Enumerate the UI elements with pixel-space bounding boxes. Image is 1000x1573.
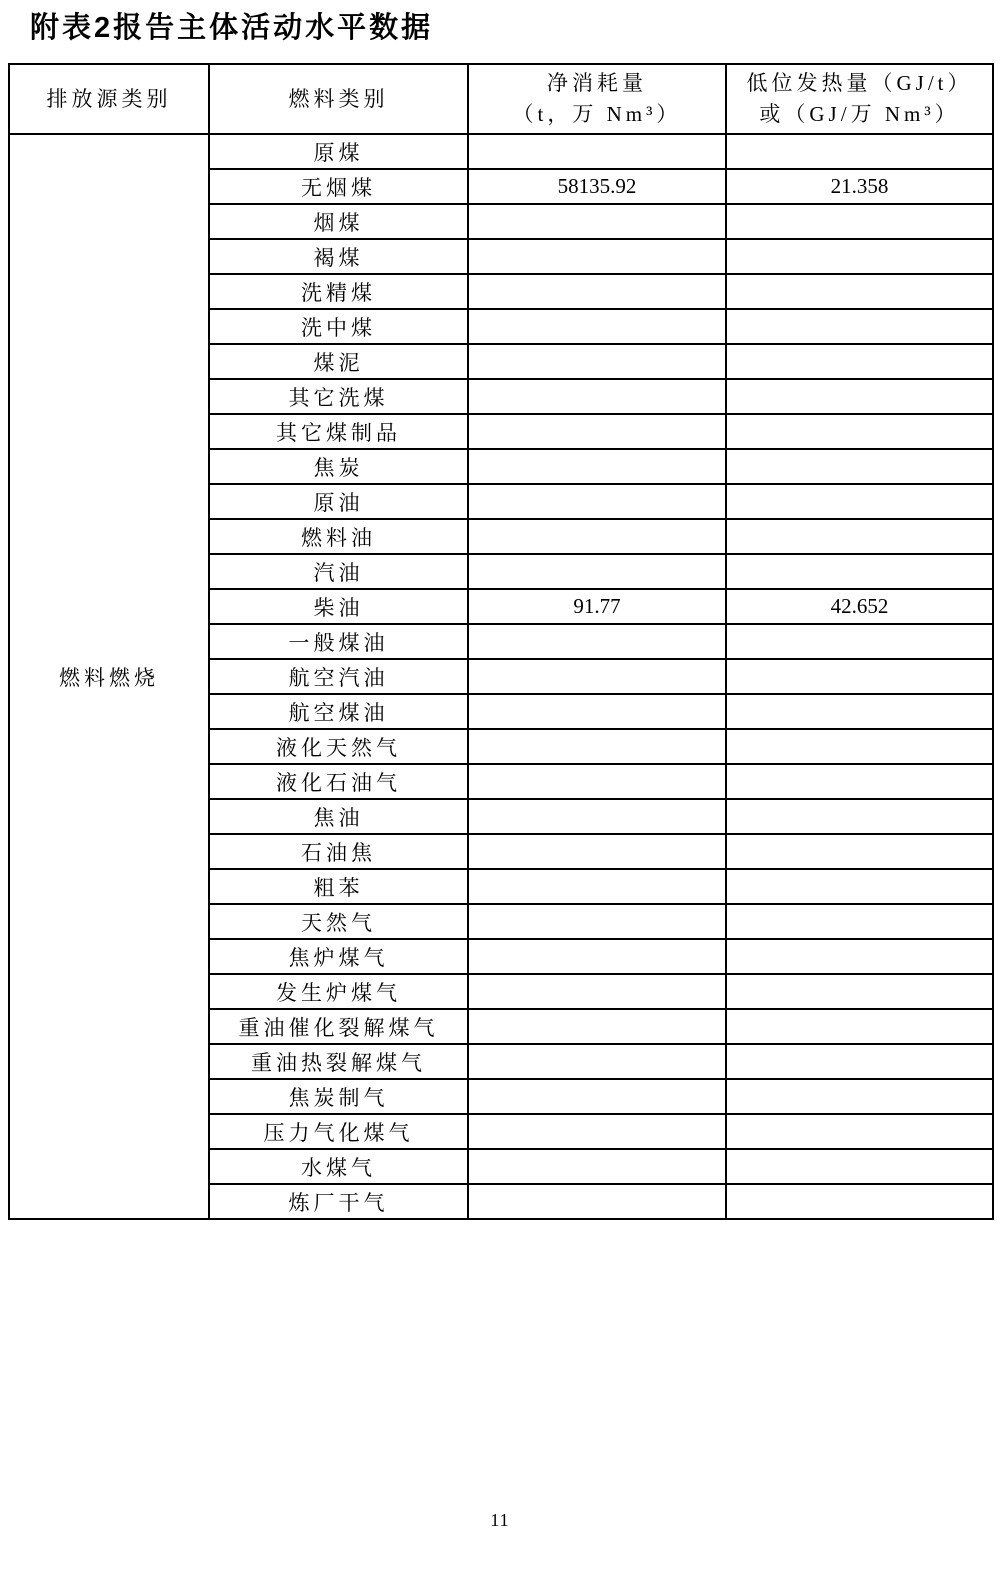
consumption-value-cell xyxy=(468,834,726,869)
heating-value-cell xyxy=(726,1184,993,1219)
table-row: 燃料燃烧原煤 xyxy=(9,134,993,169)
fuel-name-cell: 发生炉煤气 xyxy=(209,974,468,1009)
heating-value-cell xyxy=(726,1009,993,1044)
fuel-name-cell: 洗中煤 xyxy=(209,309,468,344)
consumption-value-cell xyxy=(468,1149,726,1184)
heating-value-cell xyxy=(726,1114,993,1149)
fuel-name-cell: 航空煤油 xyxy=(209,694,468,729)
consumption-value-cell xyxy=(468,974,726,1009)
header-emission-source-category: 排放源类别 xyxy=(9,64,209,134)
heating-value-cell xyxy=(726,904,993,939)
heating-value-cell: 42.652 xyxy=(726,589,993,624)
fuel-name-cell: 烟煤 xyxy=(209,204,468,239)
heating-value-cell xyxy=(726,204,993,239)
header-net-consumption-line1: 净消耗量 xyxy=(469,68,725,99)
fuel-name-cell: 其它煤制品 xyxy=(209,414,468,449)
consumption-value-cell xyxy=(468,799,726,834)
page-number: 11 xyxy=(0,1510,1000,1531)
consumption-value-cell xyxy=(468,379,726,414)
consumption-value-cell xyxy=(468,1009,726,1044)
fuel-name-cell: 重油催化裂解煤气 xyxy=(209,1009,468,1044)
heating-value-cell xyxy=(726,1044,993,1079)
heating-value-cell xyxy=(726,344,993,379)
fuel-name-cell: 石油焦 xyxy=(209,834,468,869)
fuel-name-cell: 柴油 xyxy=(209,589,468,624)
fuel-name-cell: 焦炭制气 xyxy=(209,1079,468,1114)
heating-value-cell xyxy=(726,659,993,694)
consumption-value-cell xyxy=(468,449,726,484)
heating-value-cell xyxy=(726,239,993,274)
heating-value-cell xyxy=(726,1149,993,1184)
fuel-name-cell: 航空汽油 xyxy=(209,659,468,694)
heating-value-cell xyxy=(726,309,993,344)
consumption-value-cell xyxy=(468,1114,726,1149)
consumption-value-cell xyxy=(468,239,726,274)
fuel-name-cell: 焦油 xyxy=(209,799,468,834)
consumption-value-cell xyxy=(468,694,726,729)
heating-value-cell xyxy=(726,134,993,169)
fuel-name-cell: 褐煤 xyxy=(209,239,468,274)
heating-value-cell xyxy=(726,1079,993,1114)
consumption-value-cell xyxy=(468,1184,726,1219)
fuel-name-cell: 一般煤油 xyxy=(209,624,468,659)
heating-value-cell xyxy=(726,414,993,449)
fuel-name-cell: 燃料油 xyxy=(209,519,468,554)
heating-value-cell: 21.358 xyxy=(726,169,993,204)
fuel-name-cell: 水煤气 xyxy=(209,1149,468,1184)
fuel-name-cell: 无烟煤 xyxy=(209,169,468,204)
fuel-name-cell: 汽油 xyxy=(209,554,468,589)
consumption-value-cell xyxy=(468,729,726,764)
page-title: 附表2报告主体活动水平数据 xyxy=(30,5,433,46)
fuel-name-cell: 重油热裂解煤气 xyxy=(209,1044,468,1079)
consumption-value-cell xyxy=(468,519,726,554)
consumption-value-cell xyxy=(468,1044,726,1079)
consumption-value-cell xyxy=(468,659,726,694)
heating-value-cell xyxy=(726,484,993,519)
fuel-name-cell: 洗精煤 xyxy=(209,274,468,309)
consumption-value-cell xyxy=(468,484,726,519)
header-lower-heating-value: 低位发热量（GJ/t） 或（GJ/万 Nm³） xyxy=(726,64,993,134)
heating-value-cell xyxy=(726,939,993,974)
heating-value-cell xyxy=(726,764,993,799)
consumption-value-cell xyxy=(468,1079,726,1114)
consumption-value-cell xyxy=(468,764,726,799)
fuel-name-cell: 压力气化煤气 xyxy=(209,1114,468,1149)
fuel-name-cell: 天然气 xyxy=(209,904,468,939)
consumption-value-cell xyxy=(468,134,726,169)
consumption-value-cell: 91.77 xyxy=(468,589,726,624)
heating-value-cell xyxy=(726,554,993,589)
consumption-value-cell xyxy=(468,624,726,659)
consumption-value-cell xyxy=(468,344,726,379)
fuel-name-cell: 原油 xyxy=(209,484,468,519)
fuel-name-cell: 煤泥 xyxy=(209,344,468,379)
fuel-name-cell: 其它洗煤 xyxy=(209,379,468,414)
heating-value-cell xyxy=(726,834,993,869)
heating-value-cell xyxy=(726,694,993,729)
fuel-name-cell: 焦炭 xyxy=(209,449,468,484)
table-header-row: 排放源类别 燃料类别 净消耗量 （t，万 Nm³） 低位发热量（GJ/t） 或（… xyxy=(9,64,993,134)
header-net-consumption-unit: （t，万 Nm³） xyxy=(469,99,725,130)
activity-level-data-table: 排放源类别 燃料类别 净消耗量 （t，万 Nm³） 低位发热量（GJ/t） 或（… xyxy=(8,63,994,1220)
fuel-name-cell: 焦炉煤气 xyxy=(209,939,468,974)
header-lower-heating-value-line2: 或（GJ/万 Nm³） xyxy=(727,99,992,130)
fuel-name-cell: 原煤 xyxy=(209,134,468,169)
fuel-name-cell: 炼厂干气 xyxy=(209,1184,468,1219)
heating-value-cell xyxy=(726,869,993,904)
heating-value-cell xyxy=(726,799,993,834)
heating-value-cell xyxy=(726,729,993,764)
consumption-value-cell xyxy=(468,309,726,344)
heating-value-cell xyxy=(726,379,993,414)
consumption-value-cell xyxy=(468,274,726,309)
consumption-value-cell xyxy=(468,904,726,939)
heating-value-cell xyxy=(726,449,993,484)
heating-value-cell xyxy=(726,519,993,554)
emission-source-cell: 燃料燃烧 xyxy=(9,134,209,1219)
consumption-value-cell xyxy=(468,939,726,974)
heating-value-cell xyxy=(726,624,993,659)
consumption-value-cell xyxy=(468,869,726,904)
heating-value-cell xyxy=(726,274,993,309)
fuel-name-cell: 液化天然气 xyxy=(209,729,468,764)
consumption-value-cell xyxy=(468,204,726,239)
heating-value-cell xyxy=(726,974,993,1009)
header-fuel-category: 燃料类别 xyxy=(209,64,468,134)
fuel-name-cell: 液化石油气 xyxy=(209,764,468,799)
consumption-value-cell xyxy=(468,554,726,589)
fuel-name-cell: 粗苯 xyxy=(209,869,468,904)
header-net-consumption: 净消耗量 （t，万 Nm³） xyxy=(468,64,726,134)
header-lower-heating-value-line1: 低位发热量（GJ/t） xyxy=(727,68,992,99)
consumption-value-cell xyxy=(468,414,726,449)
consumption-value-cell: 58135.92 xyxy=(468,169,726,204)
